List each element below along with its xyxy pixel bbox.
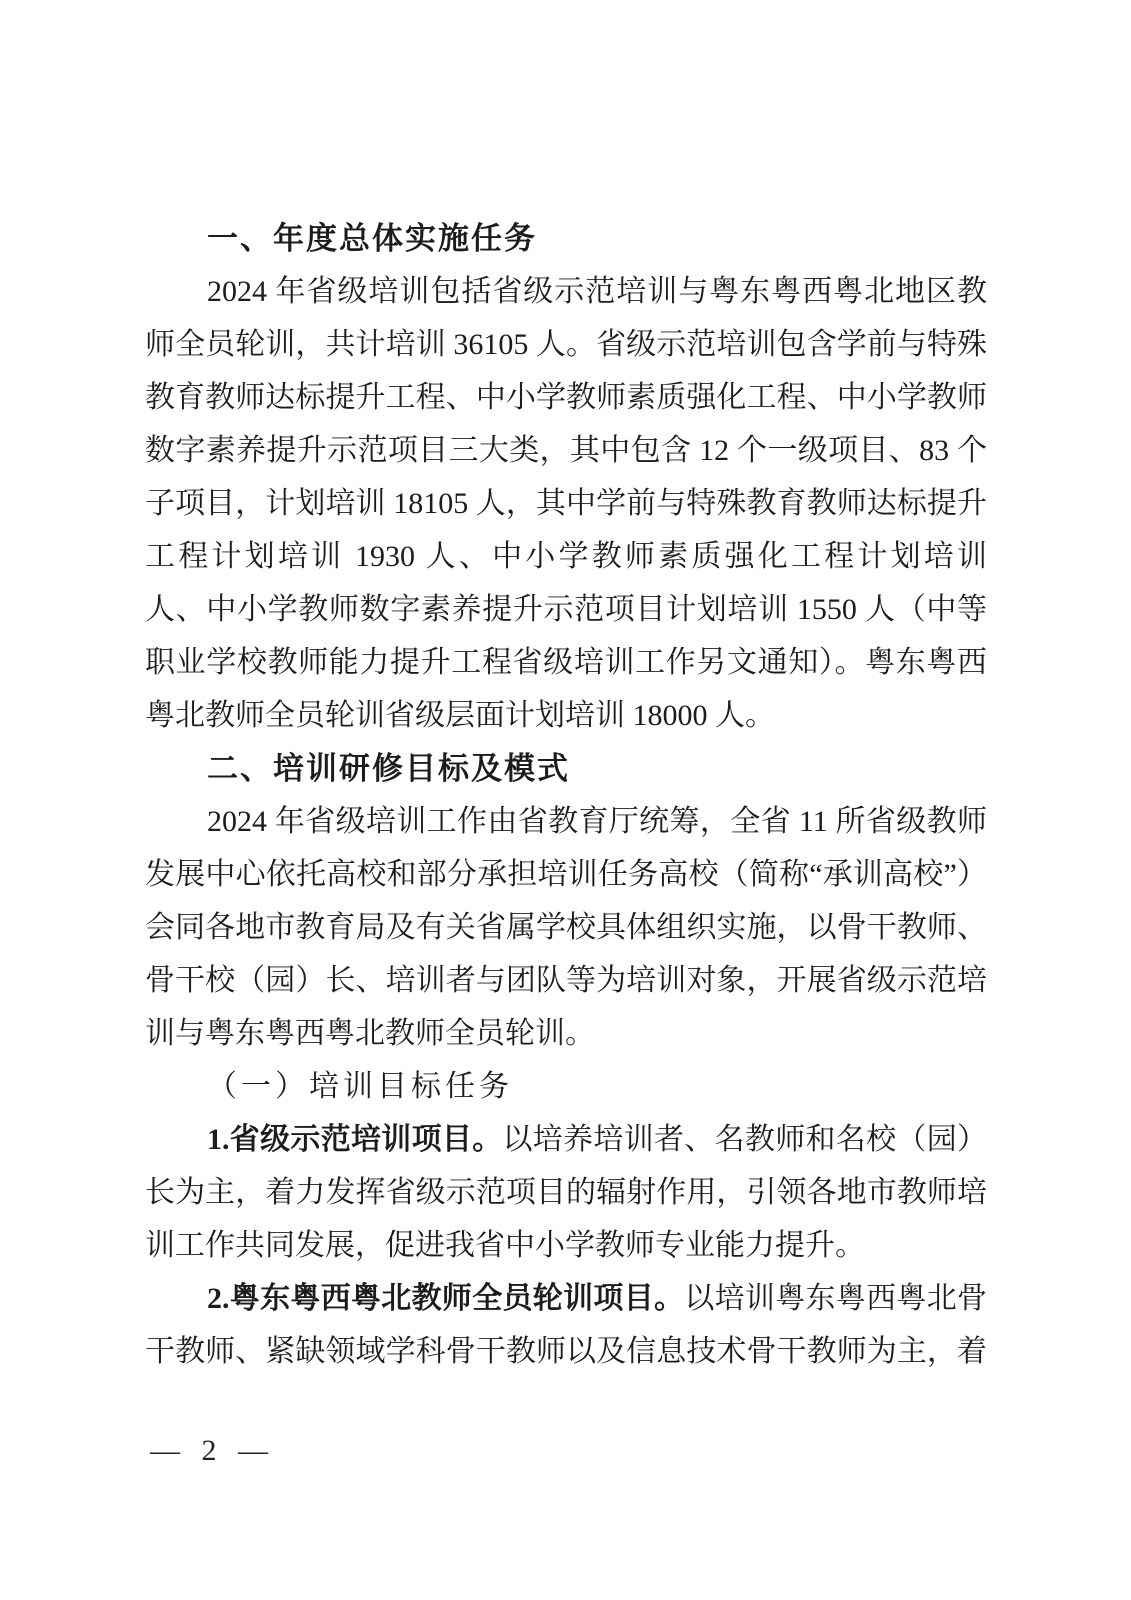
item-1-paragraph-line: 训工作共同发展，促进我省中小学教师专业能力提升。: [145, 1219, 987, 1272]
section-1-paragraph-line: 粤北教师全员轮训省级层面计划培训 18000 人。: [145, 689, 987, 742]
section-2-paragraph-line: 训与粤东粤西粤北教师全员轮训。: [145, 1007, 987, 1060]
item-1-paragraph-line: 1.省级示范培训项目。以培养培训者、名教师和名校（园）: [145, 1113, 987, 1166]
section-1-paragraph-line: 2024 年省级培训包括省级示范培训与粤东粤西粤北地区教: [145, 265, 987, 318]
section-1-paragraph-line: 师全员轮训，共计培训 36105 人。省级示范培训包含学前与特殊: [145, 318, 987, 371]
section-2-paragraph-line: 2024 年省级培训工作由省教育厅统筹，全省 11 所省级教师: [145, 795, 987, 848]
item-2-runin-heading: 2.粤东粤西粤北教师全员轮训项目。: [207, 1282, 684, 1315]
section-1-paragraph-line: 数字素养提升示范项目三大类，其中包含 12 个一级项目、83 个: [145, 424, 987, 477]
item-1-text: 以培养培训者、名教师和名校（园）: [503, 1123, 988, 1156]
page-number: — 2 —: [150, 1424, 270, 1477]
section-1-paragraph-line: 工程计划培训 1930 人、中小学教师素质强化工程计划培训 14625: [145, 530, 987, 583]
document-body: 一、年度总体实施任务 2024 年省级培训包括省级示范培训与粤东粤西粤北地区教 …: [145, 212, 987, 1378]
item-2-text: 以培训粤东粤西粤北骨: [684, 1282, 987, 1315]
section-2-heading: 二、培训研修目标及模式: [145, 742, 987, 795]
section-1-paragraph-line: 人、中小学教师数字素养提升示范项目计划培训 1550 人（中等: [145, 583, 987, 636]
subsection-1-heading: （一）培训目标任务: [145, 1060, 987, 1113]
section-2-paragraph-line: 会同各地市教育局及有关省属学校具体组织实施，以骨干教师、: [145, 901, 987, 954]
section-2-paragraph-line: 发展中心依托高校和部分承担培训任务高校（简称“承训高校”）: [145, 848, 987, 901]
item-2-paragraph-line: 干教师、紧缺领域学科骨干教师以及信息技术骨干教师为主，着: [145, 1325, 987, 1378]
section-1-paragraph-line: 职业学校教师能力提升工程省级培训工作另文通知）。粤东粤西: [145, 636, 987, 689]
section-1-heading: 一、年度总体实施任务: [145, 212, 987, 265]
item-1-runin-heading: 1.省级示范培训项目。: [207, 1123, 503, 1156]
section-1-paragraph-line: 子项目，计划培训 18105 人，其中学前与特殊教育教师达标提升: [145, 477, 987, 530]
document-page: 一、年度总体实施任务 2024 年省级培训包括省级示范培训与粤东粤西粤北地区教 …: [0, 0, 1131, 1600]
item-2-paragraph-line: 2.粤东粤西粤北教师全员轮训项目。以培训粤东粤西粤北骨: [145, 1272, 987, 1325]
item-1-paragraph-line: 长为主，着力发挥省级示范项目的辐射作用，引领各地市教师培: [145, 1166, 987, 1219]
section-2-paragraph-line: 骨干校（园）长、培训者与团队等为培训对象，开展省级示范培: [145, 954, 987, 1007]
section-1-paragraph-line: 教育教师达标提升工程、中小学教师素质强化工程、中小学教师: [145, 371, 987, 424]
